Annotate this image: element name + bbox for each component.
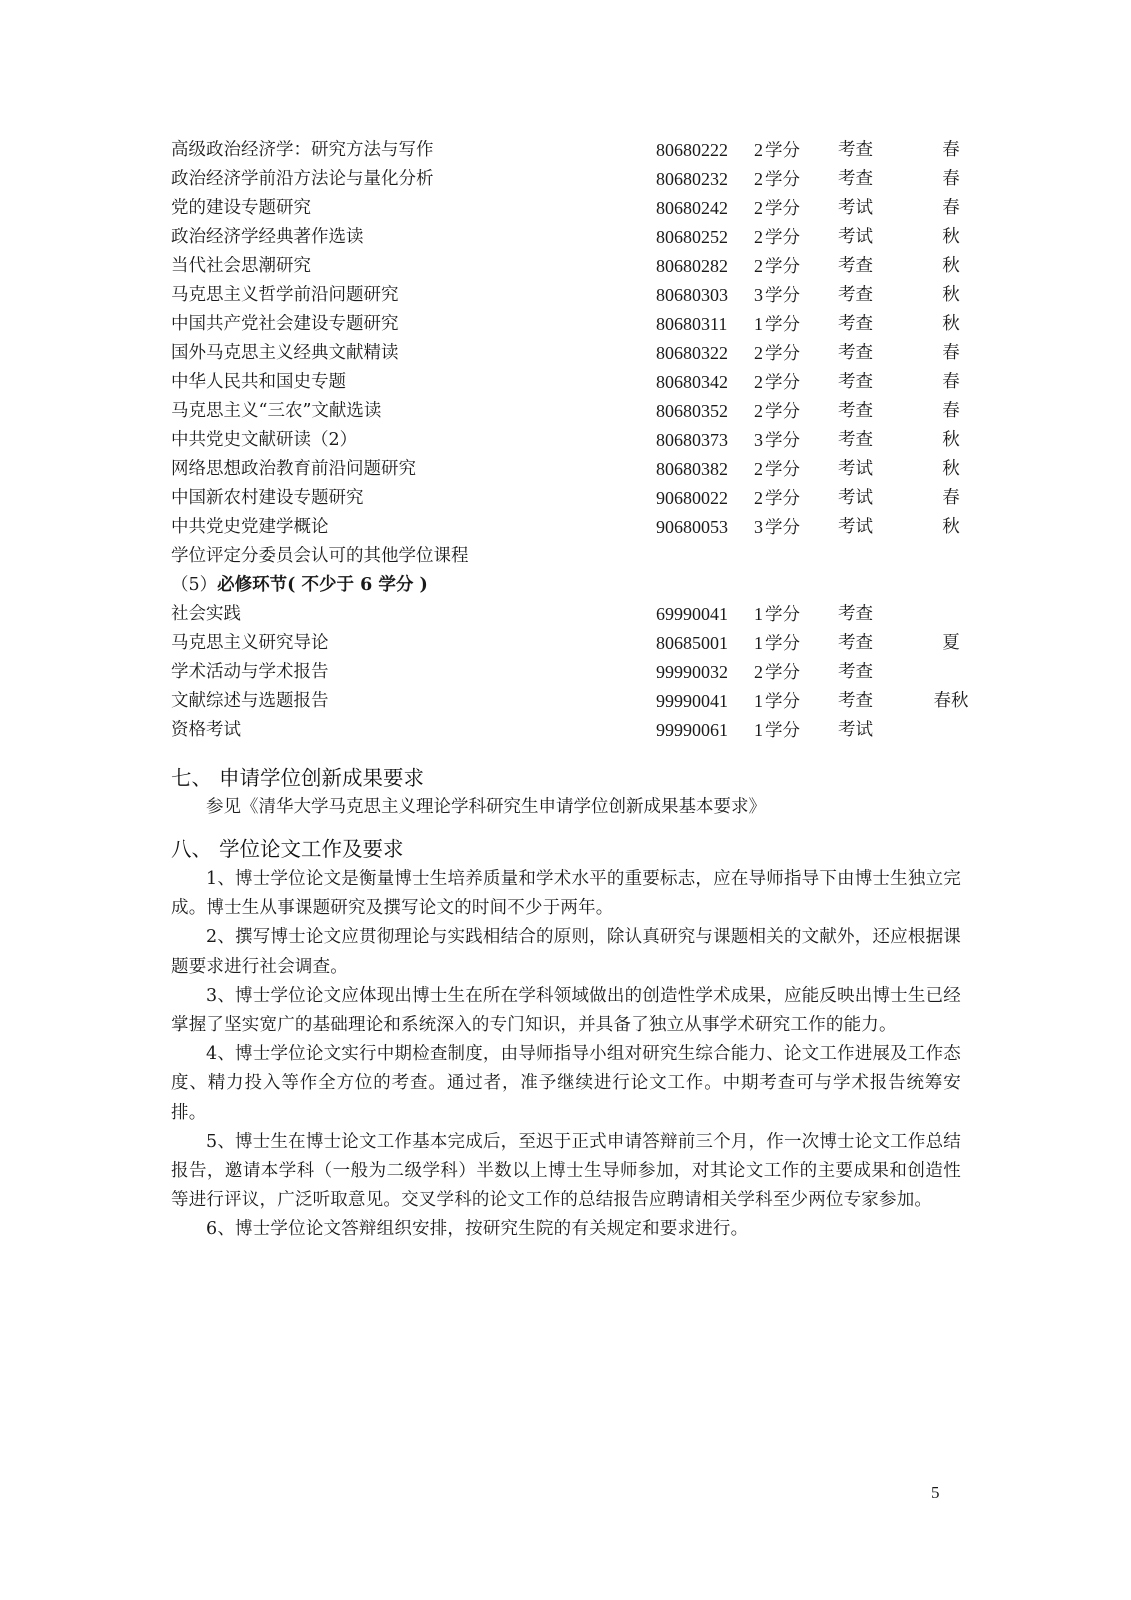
credit-unit: 学分 bbox=[765, 460, 800, 480]
course-row: 党的建设专题研究 80680242 2学分 考试 春 bbox=[171, 194, 961, 223]
course-credit: 2学分 bbox=[754, 397, 800, 427]
credit-number: 2 bbox=[754, 662, 763, 682]
course-name: 学术活动与学术报告 bbox=[171, 658, 329, 687]
credit-unit: 学分 bbox=[765, 344, 800, 364]
credit-unit: 学分 bbox=[765, 228, 800, 248]
required-section-heading-text: （5）必修环节( 不少于 6 学分 ) bbox=[171, 571, 428, 600]
section-8-number: 八、 bbox=[171, 833, 219, 865]
course-assessment: 考试 bbox=[838, 513, 873, 542]
credit-unit: 学分 bbox=[765, 721, 800, 741]
credit-number: 2 bbox=[754, 343, 763, 363]
course-credit: 2学分 bbox=[754, 484, 800, 514]
course-name: 高级政治经济学：研究方法与写作 bbox=[171, 136, 434, 165]
course-term: 秋 bbox=[931, 310, 971, 339]
course-credit: 2学分 bbox=[754, 165, 800, 195]
course-assessment: 考查 bbox=[838, 397, 873, 426]
course-credit: 2学分 bbox=[754, 136, 800, 166]
course-row: 中共党史文献研读（2） 80680373 3学分 考查 秋 bbox=[171, 426, 961, 455]
course-term: 春 bbox=[931, 484, 971, 513]
course-name: 政治经济学经典著作选读 bbox=[171, 223, 364, 252]
course-term: 秋 bbox=[931, 426, 971, 455]
credit-unit: 学分 bbox=[765, 199, 800, 219]
credit-number: 1 bbox=[754, 720, 763, 740]
course-name: 中共党史文献研读（2） bbox=[171, 426, 357, 455]
course-name: 中国新农村建设专题研究 bbox=[171, 484, 364, 513]
required-section-prefix: （5） bbox=[171, 575, 217, 595]
course-term: 秋 bbox=[931, 513, 971, 542]
credit-unit: 学分 bbox=[765, 663, 800, 683]
credit-unit: 学分 bbox=[765, 518, 800, 538]
course-credit: 2学分 bbox=[754, 223, 800, 253]
course-assessment: 考查 bbox=[838, 600, 873, 629]
course-assessment: 考试 bbox=[838, 194, 873, 223]
course-row: 高级政治经济学：研究方法与写作 80680222 2学分 考查 春 bbox=[171, 136, 961, 165]
section-8-paragraph-4: 4、博士学位论文实行中期检查制度，由导师指导小组对研究生综合能力、论文工作进展及… bbox=[171, 1040, 961, 1128]
course-name: 资格考试 bbox=[171, 716, 241, 745]
course-name: 国外马克思主义经典文献精读 bbox=[171, 339, 399, 368]
section-8: 八、学位论文工作及要求 1、博士学位论文是衡量博士生培养质量和学术水平的重要标志… bbox=[171, 833, 961, 1245]
course-code: 99990041 bbox=[656, 687, 728, 716]
course-code: 80680242 bbox=[656, 194, 728, 223]
course-name: 马克思主义哲学前沿问题研究 bbox=[171, 281, 399, 310]
course-code: 80680232 bbox=[656, 165, 728, 194]
other-courses-note: 学位评定分委员会认可的其他学位课程 bbox=[171, 542, 469, 571]
course-name: 当代社会思潮研究 bbox=[171, 252, 311, 281]
section-8-paragraph-5: 5、博士生在博士论文工作基本完成后，至迟于正式申请答辩前三个月，作一次博士论文工… bbox=[171, 1128, 961, 1216]
course-name: 中共党史党建学概论 bbox=[171, 513, 329, 542]
credit-number: 2 bbox=[754, 372, 763, 392]
credit-unit: 学分 bbox=[765, 605, 800, 625]
course-row: 当代社会思潮研究 80680282 2学分 考查 秋 bbox=[171, 252, 961, 281]
course-code: 99990061 bbox=[656, 716, 728, 745]
course-credit: 1学分 bbox=[754, 310, 800, 340]
course-name: 文献综述与选题报告 bbox=[171, 687, 329, 716]
course-credit: 3学分 bbox=[754, 513, 800, 543]
credit-unit: 学分 bbox=[765, 431, 800, 451]
course-name: 党的建设专题研究 bbox=[171, 194, 311, 223]
credit-number: 2 bbox=[754, 256, 763, 276]
credit-unit: 学分 bbox=[765, 315, 800, 335]
credit-unit: 学分 bbox=[765, 692, 800, 712]
course-term: 春秋 bbox=[931, 687, 971, 716]
section-7-title: 申请学位创新成果要求 bbox=[219, 766, 424, 790]
section-8-paragraph-3: 3、博士学位论文应体现出博士生在所在学科领域做出的创造性学术成果，应能反映出博士… bbox=[171, 982, 961, 1040]
required-section-label: 必修环节( 不少于 6 学分 ) bbox=[217, 575, 428, 595]
credit-unit: 学分 bbox=[765, 634, 800, 654]
course-term: 秋 bbox=[931, 223, 971, 252]
credit-number: 1 bbox=[754, 633, 763, 653]
course-code: 80685001 bbox=[656, 629, 728, 658]
course-code: 80680252 bbox=[656, 223, 728, 252]
course-assessment: 考试 bbox=[838, 716, 873, 745]
credit-number: 2 bbox=[754, 169, 763, 189]
course-assessment: 考查 bbox=[838, 165, 873, 194]
credit-unit: 学分 bbox=[765, 402, 800, 422]
course-code: 80680222 bbox=[656, 136, 728, 165]
credit-unit: 学分 bbox=[765, 489, 800, 509]
section-7-number: 七、 bbox=[171, 762, 219, 794]
course-name: 政治经济学前沿方法论与量化分析 bbox=[171, 165, 434, 194]
credit-number: 1 bbox=[754, 604, 763, 624]
section-7-heading: 七、申请学位创新成果要求 bbox=[171, 762, 961, 794]
course-table: 高级政治经济学：研究方法与写作 80680222 2学分 考查 春 政治经济学前… bbox=[171, 136, 961, 745]
course-credit: 2学分 bbox=[754, 368, 800, 398]
course-code: 99990032 bbox=[656, 658, 728, 687]
course-code: 69990041 bbox=[656, 600, 728, 629]
course-term: 春 bbox=[931, 339, 971, 368]
course-credit: 3学分 bbox=[754, 281, 800, 311]
page-number: 5 bbox=[931, 1483, 940, 1503]
course-code: 80680352 bbox=[656, 397, 728, 426]
course-assessment: 考查 bbox=[838, 368, 873, 397]
credit-number: 2 bbox=[754, 488, 763, 508]
course-row: 中国新农村建设专题研究 90680022 2学分 考试 春 bbox=[171, 484, 961, 513]
section-8-paragraph-6: 6、博士学位论文答辩组织安排，按研究生院的有关规定和要求进行。 bbox=[171, 1215, 961, 1244]
course-assessment: 考试 bbox=[838, 223, 873, 252]
course-term: 春 bbox=[931, 136, 971, 165]
course-row: 政治经济学经典著作选读 80680252 2学分 考试 秋 bbox=[171, 223, 961, 252]
course-code: 80680282 bbox=[656, 252, 728, 281]
course-name: 中国共产党社会建设专题研究 bbox=[171, 310, 399, 339]
course-assessment: 考查 bbox=[838, 658, 873, 687]
credit-number: 1 bbox=[754, 314, 763, 334]
course-assessment: 考试 bbox=[838, 484, 873, 513]
credit-unit: 学分 bbox=[765, 170, 800, 190]
course-credit: 2学分 bbox=[754, 455, 800, 485]
course-term: 春 bbox=[931, 397, 971, 426]
section-8-heading: 八、学位论文工作及要求 bbox=[171, 833, 961, 865]
course-code: 80680303 bbox=[656, 281, 728, 310]
course-credit: 2学分 bbox=[754, 339, 800, 369]
section-8-paragraph-1: 1、博士学位论文是衡量博士生培养质量和学术水平的重要标志，应在导师指导下由博士生… bbox=[171, 865, 961, 923]
course-assessment: 考查 bbox=[838, 281, 873, 310]
course-code: 90680053 bbox=[656, 513, 728, 542]
course-name: 中华人民共和国史专题 bbox=[171, 368, 346, 397]
course-assessment: 考查 bbox=[838, 426, 873, 455]
course-assessment: 考查 bbox=[838, 310, 873, 339]
course-credit: 1学分 bbox=[754, 716, 800, 746]
course-name: 马克思主义研究导论 bbox=[171, 629, 329, 658]
course-row: 中华人民共和国史专题 80680342 2学分 考查 春 bbox=[171, 368, 961, 397]
course-row: 网络思想政治教育前沿问题研究 80680382 2学分 考试 秋 bbox=[171, 455, 961, 484]
credit-number: 2 bbox=[754, 198, 763, 218]
course-assessment: 考查 bbox=[838, 136, 873, 165]
section-8-paragraph-2: 2、撰写博士论文应贯彻理论与实践相结合的原则，除认真研究与课题相关的文献外，还应… bbox=[171, 923, 961, 981]
section-7: 七、申请学位创新成果要求 参见《清华大学马克思主义理论学科研究生申请学位创新成果… bbox=[171, 762, 961, 820]
required-course-row: 马克思主义研究导论 80685001 1学分 考查 夏 bbox=[171, 629, 961, 658]
credit-unit: 学分 bbox=[765, 257, 800, 277]
credit-number: 3 bbox=[754, 430, 763, 450]
course-code: 80680373 bbox=[656, 426, 728, 455]
credit-unit: 学分 bbox=[765, 373, 800, 393]
course-row: 中共党史党建学概论 90680053 3学分 考试 秋 bbox=[171, 513, 961, 542]
course-assessment: 考查 bbox=[838, 252, 873, 281]
credit-unit: 学分 bbox=[765, 141, 800, 161]
course-term: 春 bbox=[931, 368, 971, 397]
course-row: 国外马克思主义经典文献精读 80680322 2学分 考查 春 bbox=[171, 339, 961, 368]
course-term: 秋 bbox=[931, 252, 971, 281]
course-name: 马克思主义“三农”文献选读 bbox=[171, 397, 381, 426]
course-term: 春 bbox=[931, 165, 971, 194]
course-assessment: 考试 bbox=[838, 455, 873, 484]
credit-number: 2 bbox=[754, 140, 763, 160]
course-code: 80680342 bbox=[656, 368, 728, 397]
section-8-title: 学位论文工作及要求 bbox=[219, 837, 404, 861]
credit-number: 1 bbox=[754, 691, 763, 711]
course-credit: 2学分 bbox=[754, 252, 800, 282]
course-code: 90680022 bbox=[656, 484, 728, 513]
course-credit: 1学分 bbox=[754, 600, 800, 630]
required-course-row: 资格考试 99990061 1学分 考试 bbox=[171, 716, 961, 745]
course-term: 秋 bbox=[931, 281, 971, 310]
credit-number: 2 bbox=[754, 227, 763, 247]
course-credit: 1学分 bbox=[754, 629, 800, 659]
course-code: 80680382 bbox=[656, 455, 728, 484]
course-credit: 1学分 bbox=[754, 687, 800, 717]
course-row: 马克思主义“三农”文献选读 80680352 2学分 考查 春 bbox=[171, 397, 961, 426]
course-name: 网络思想政治教育前沿问题研究 bbox=[171, 455, 416, 484]
course-term: 春 bbox=[931, 194, 971, 223]
course-code: 80680322 bbox=[656, 339, 728, 368]
required-section-heading: （5）必修环节( 不少于 6 学分 ) bbox=[171, 571, 961, 600]
course-row: 政治经济学前沿方法论与量化分析 80680232 2学分 考查 春 bbox=[171, 165, 961, 194]
course-term: 秋 bbox=[931, 455, 971, 484]
course-credit: 3学分 bbox=[754, 426, 800, 456]
course-row: 中国共产党社会建设专题研究 80680311 1学分 考查 秋 bbox=[171, 310, 961, 339]
course-credit: 2学分 bbox=[754, 194, 800, 224]
course-term: 夏 bbox=[931, 629, 971, 658]
course-code: 80680311 bbox=[656, 310, 727, 339]
required-course-row: 文献综述与选题报告 99990041 1学分 考查 春秋 bbox=[171, 687, 961, 716]
credit-number: 2 bbox=[754, 459, 763, 479]
required-course-row: 社会实践 69990041 1学分 考查 bbox=[171, 600, 961, 629]
credit-unit: 学分 bbox=[765, 286, 800, 306]
credit-number: 2 bbox=[754, 401, 763, 421]
course-assessment: 考查 bbox=[838, 339, 873, 368]
course-row: 马克思主义哲学前沿问题研究 80680303 3学分 考查 秋 bbox=[171, 281, 961, 310]
credit-number: 3 bbox=[754, 285, 763, 305]
other-courses-note-row: 学位评定分委员会认可的其他学位课程 bbox=[171, 542, 961, 571]
course-credit: 2学分 bbox=[754, 658, 800, 688]
section-7-reference: 参见《清华大学马克思主义理论学科研究生申请学位创新成果基本要求》 bbox=[171, 794, 961, 820]
credit-number: 3 bbox=[754, 517, 763, 537]
required-course-row: 学术活动与学术报告 99990032 2学分 考查 bbox=[171, 658, 961, 687]
course-name: 社会实践 bbox=[171, 600, 241, 629]
course-assessment: 考查 bbox=[838, 629, 873, 658]
document-page: 高级政治经济学：研究方法与写作 80680222 2学分 考查 春 政治经济学前… bbox=[0, 0, 1131, 1600]
course-assessment: 考查 bbox=[838, 687, 873, 716]
